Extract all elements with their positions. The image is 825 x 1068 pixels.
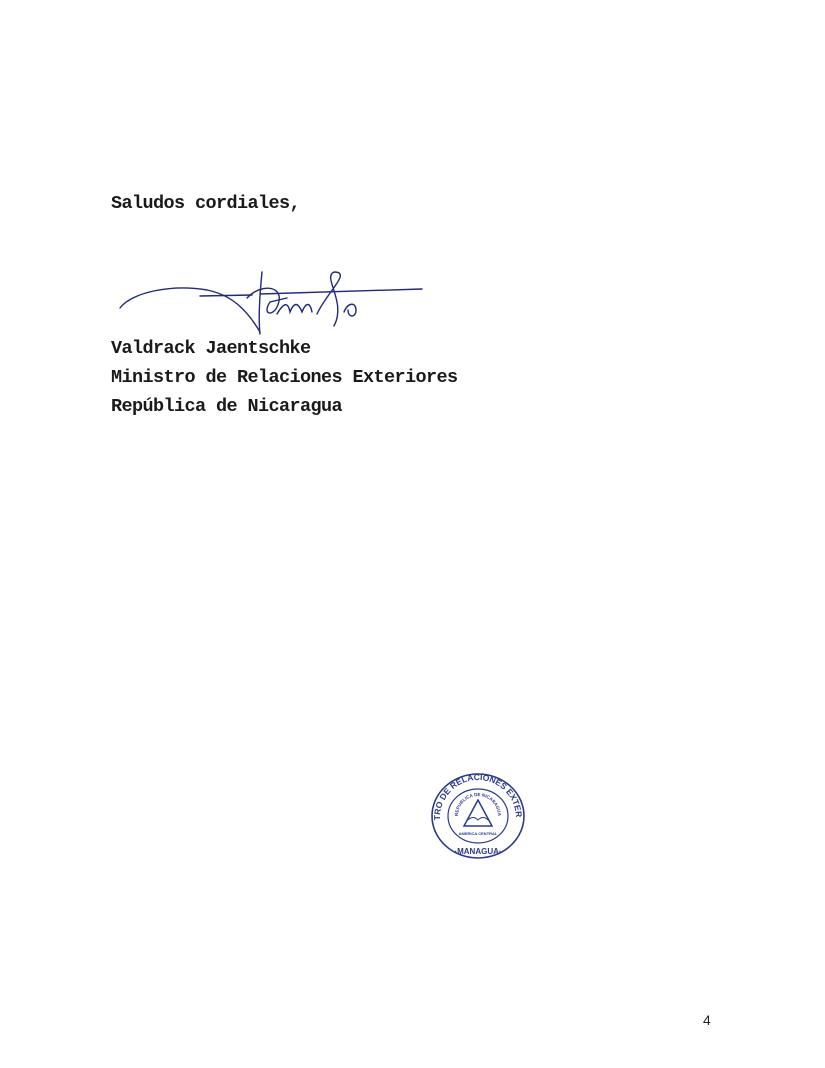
closing-salutation: Saludos cordiales, [111, 193, 300, 214]
svg-text:REPUBLICA DE NICARAGUA: REPUBLICA DE NICARAGUA [454, 792, 502, 817]
signature-image [112, 262, 432, 342]
signatory-title: Ministro de Relaciones Exteriores [111, 367, 458, 388]
signatory-name: Valdrack Jaentschke [111, 338, 311, 359]
document-page: Saludos cordiales, Valdrack Jaentschke M… [0, 0, 825, 1068]
signatory-country: República de Nicaragua [111, 396, 342, 417]
svg-text:AMERICA CENTRAL: AMERICA CENTRAL [459, 831, 498, 836]
page-number: 4 [703, 1012, 711, 1028]
svg-text:·MANAGUA·: ·MANAGUA· [454, 847, 501, 856]
official-seal: MINISTRO DE RELACIONES EXTERIORES REPUBL… [428, 770, 528, 862]
